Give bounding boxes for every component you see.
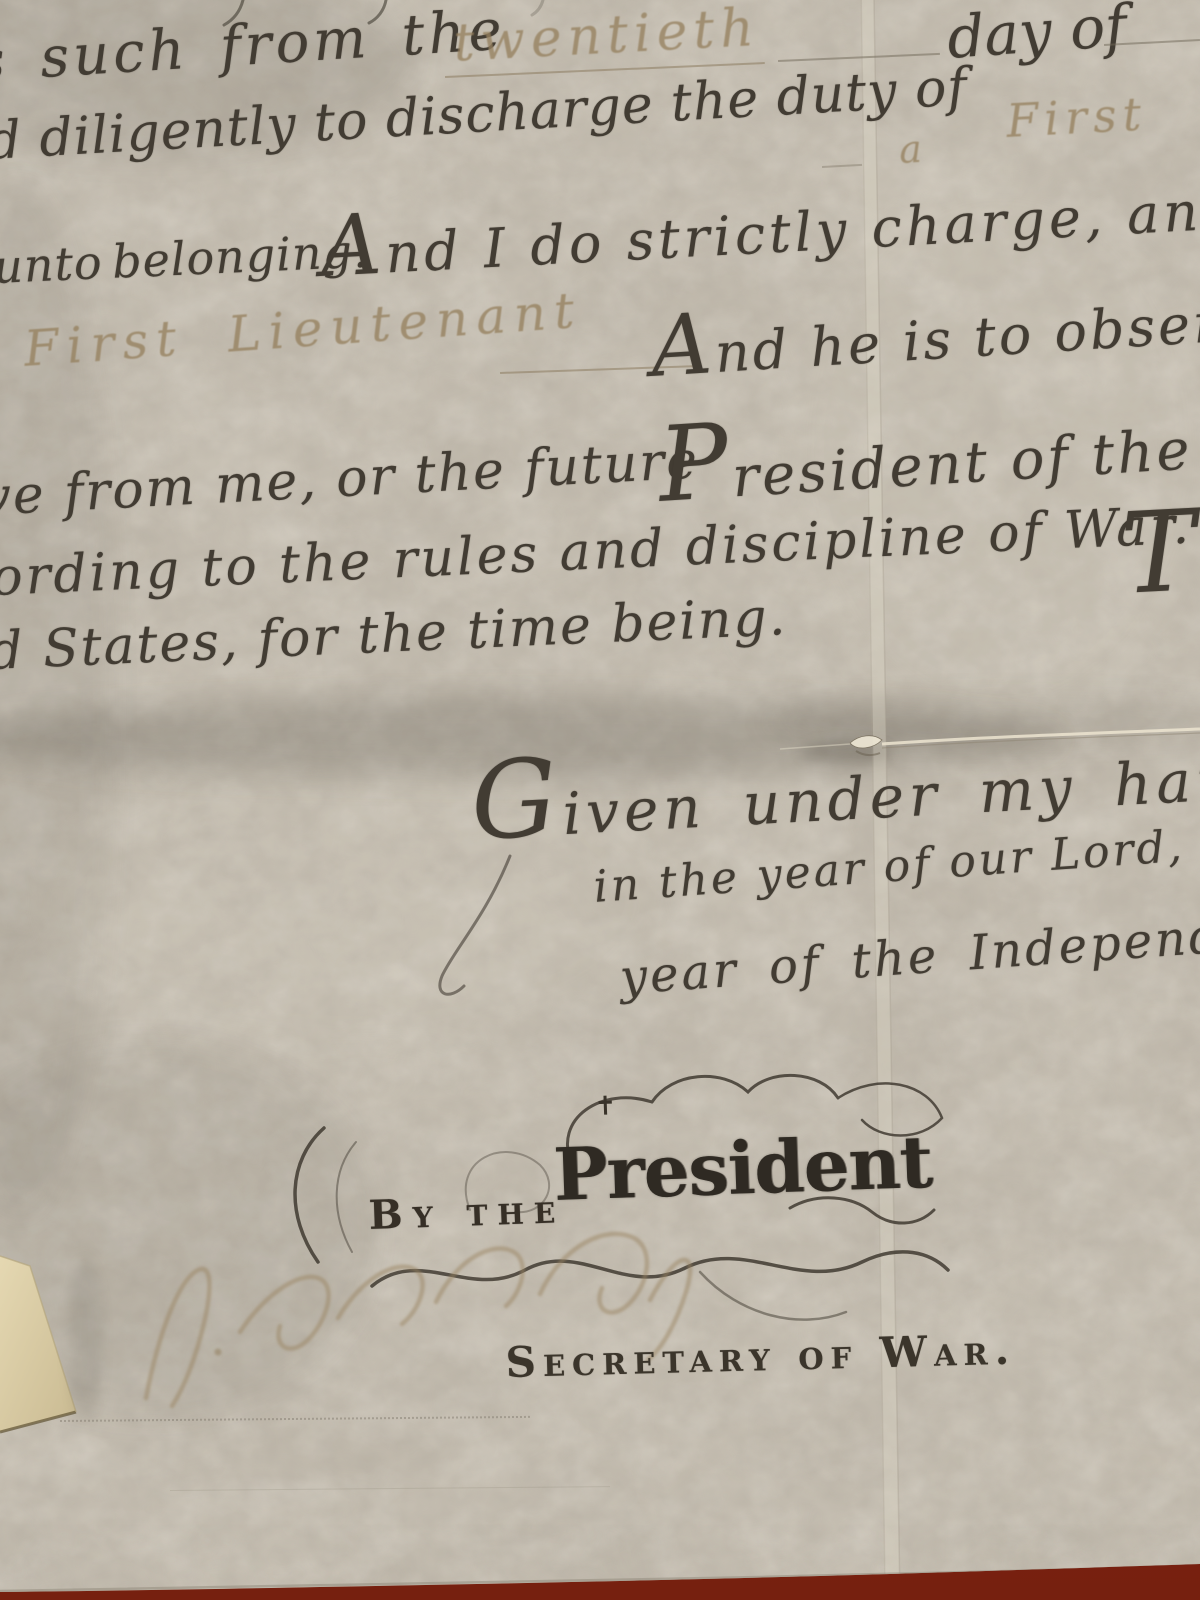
attestation-president: President	[552, 1119, 933, 1217]
commission-document-photo: s such from the twentieth day of d dilig…	[0, 0, 1200, 1600]
handwritten-rank-first: First	[1005, 87, 1148, 148]
cross-ornament-icon: ✝	[594, 1091, 617, 1122]
engraved-day-of: day of	[945, 0, 1129, 72]
engraved-line6-tail: The	[1118, 481, 1200, 619]
attestation-by-the: By the	[368, 1185, 566, 1239]
handwritten-article-a: a	[898, 127, 923, 172]
